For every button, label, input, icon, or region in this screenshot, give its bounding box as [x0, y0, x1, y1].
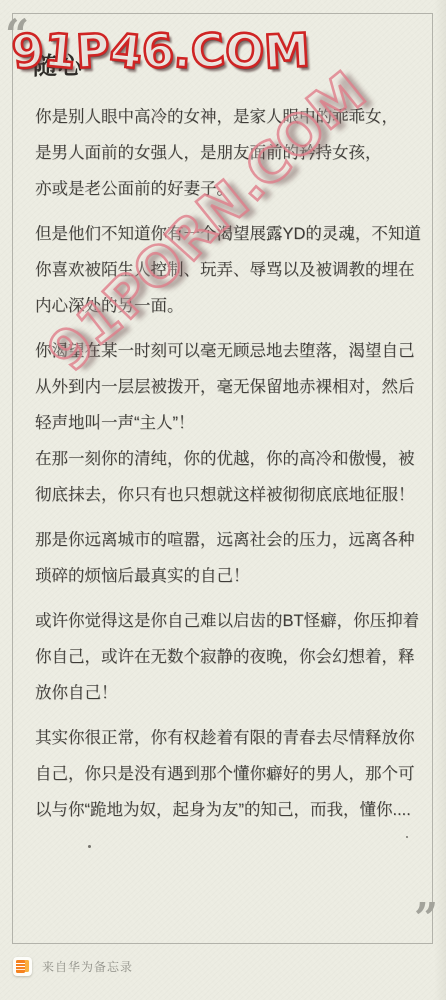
paragraph-line: 在那一刻你的清纯，你的优越，你的高冷和傲慢，被	[35, 441, 414, 477]
paragraph-line: 自己，你只是没有遇到那个懂你癖好的男人，那个可	[35, 756, 414, 792]
paragraph: 你是别人眼中高冷的女神，是家人眼中的乖乖女，是男人面前的女强人，是朋友面前的矜持…	[35, 99, 414, 207]
footer-attribution: 来自华为备忘录	[13, 954, 133, 978]
paragraph-line: 其实你很正常，你有权趁着有限的青春去尽情释放你	[35, 720, 414, 756]
paragraph-line: 你是别人眼中高冷的女神，是家人眼中的乖乖女，	[35, 99, 414, 135]
paragraph-line: 琐碎的烦恼后最真实的自己！	[35, 558, 414, 594]
close-quote-mark: ”	[414, 898, 434, 940]
paragraph: 那是你远离城市的喧嚣，远离社会的压力，远离各种琐碎的烦恼后最真实的自己！	[35, 522, 414, 594]
paragraph-line: 你渴望在某一时刻可以毫无顾忌地去堕落，渴望自己	[35, 333, 414, 369]
memo-share-image: { "page": { "background_color": "#ecece2…	[0, 0, 446, 1000]
paper-edge-shading	[434, 0, 446, 1000]
paragraph-line: 或许你觉得这是你自己难以启齿的BT怪癖，你压抑着	[35, 603, 414, 639]
huawei-memo-icon	[13, 957, 32, 976]
paragraph-line: 你自己，或许在无数个寂静的夜晚，你会幻想着，释	[35, 639, 414, 675]
paragraph-line: 那是你远离城市的喧嚣，远离社会的压力，远离各种	[35, 522, 414, 558]
paragraph: 但是他们不知道你有一个渴望展露YD的灵魂，不知道你喜欢被陌生人控制、玩弄、辱骂以…	[35, 216, 414, 324]
memo-page-front-icon	[16, 960, 25, 973]
paragraph-line: 放你自己！	[35, 675, 414, 711]
note-body: 你是别人眼中高冷的女神，是家人眼中的乖乖女，是男人面前的女强人，是朋友面前的矜持…	[35, 99, 414, 837]
paragraph: 其实你很正常，你有权趁着有限的青春去尽情释放你自己，你只是没有遇到那个懂你癖好的…	[35, 720, 414, 828]
paragraph-line: 是男人面前的女强人，是朋友面前的矜持女孩，	[35, 135, 414, 171]
paragraph-line: 内心深处的另一面。	[35, 288, 414, 324]
paragraph: 或许你觉得这是你自己难以启齿的BT怪癖，你压抑着你自己，或许在无数个寂静的夜晚，…	[35, 603, 414, 711]
paragraph-line: 亦或是老公面前的好妻子。	[35, 171, 414, 207]
open-quote-mark: “	[5, 14, 25, 56]
footer-source-label: 来自华为备忘录	[42, 958, 133, 975]
note-title: 随心	[33, 46, 83, 81]
paper-speck	[406, 836, 408, 838]
paragraph-line: 轻声地叫一声“主人”！	[35, 405, 414, 441]
paragraph-line: 但是他们不知道你有一个渴望展露YD的灵魂，不知道	[35, 216, 414, 252]
paragraph: 你渴望在某一时刻可以毫无顾忌地去堕落，渴望自己从外到内一层层被拨开，毫无保留地赤…	[35, 333, 414, 513]
paragraph-line: 从外到内一层层被拨开，毫无保留地赤裸相对，然后	[35, 369, 414, 405]
paragraph-line: 以与你“跪地为奴，起身为友”的知己，而我，懂你....	[35, 792, 414, 828]
paragraph-line: 你喜欢被陌生人控制、玩弄、辱骂以及被调教的埋在	[35, 252, 414, 288]
paragraph-line: 彻底抹去，你只有也只想就这样被彻彻底底地征服！	[35, 477, 414, 513]
paper-speck	[88, 845, 91, 848]
